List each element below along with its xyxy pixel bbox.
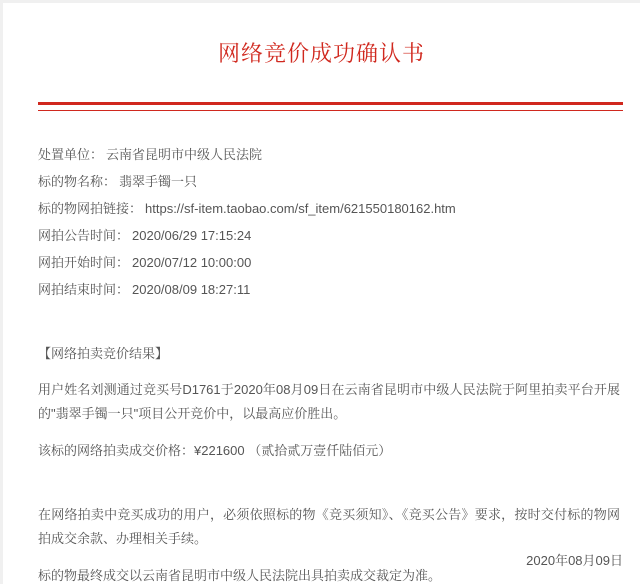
- auction-link-url: https://sf-item.taobao.com/sf_item/62155…: [145, 201, 456, 216]
- confirmation-document: 网络竞价成功确认书 处置单位：云南省昆明市中级人民法院 标的物名称：翡翠手镯一只…: [0, 0, 640, 584]
- document-body: 处置单位：云南省昆明市中级人民法院 标的物名称：翡翠手镯一只 标的物网拍链接：h…: [38, 141, 620, 584]
- field-disposal-unit: 处置单位：云南省昆明市中级人民法院: [38, 141, 620, 168]
- title-divider: [38, 102, 623, 111]
- field-value: 翡翠手镯一只: [119, 174, 197, 189]
- divider-thick-line: [38, 102, 623, 105]
- field-value: 云南省昆明市中级人民法院: [106, 147, 262, 162]
- page-title: 网络竞价成功确认书: [3, 42, 640, 66]
- field-subject-name: 标的物名称：翡翠手镯一只: [38, 168, 620, 195]
- field-value: 2020/08/09 18:27:11: [132, 282, 250, 297]
- field-label: 网拍开始时间：: [38, 255, 129, 270]
- deal-price-line: 该标的网络拍卖成交价格：¥221600 （贰拾贰万壹仟陆佰元）: [38, 439, 620, 463]
- field-label: 处置单位：: [38, 147, 103, 162]
- note-payment-requirement: 在网络拍卖中竞买成功的用户，必须依照标的物《竞买须知》、《竞买公告》要求，按时交…: [38, 503, 620, 551]
- winner-paragraph: 用户姓名刘测通过竞买号D1761于2020年08月09日在云南省昆明市中级人民法…: [38, 378, 620, 426]
- field-label: 标的物网拍链接：: [38, 201, 142, 216]
- info-fields: 处置单位：云南省昆明市中级人民法院 标的物名称：翡翠手镯一只 标的物网拍链接：h…: [38, 141, 620, 303]
- field-auction-link: 标的物网拍链接：https://sf-item.taobao.com/sf_it…: [38, 195, 620, 222]
- field-end-time: 网拍结束时间：2020/08/09 18:27:11: [38, 276, 620, 303]
- field-announce-time: 网拍公告时间：2020/06/29 17:15:24: [38, 222, 620, 249]
- field-value: 2020/06/29 17:15:24: [132, 228, 251, 243]
- field-label: 网拍公告时间：: [38, 228, 129, 243]
- field-start-time: 网拍开始时间：2020/07/12 10:00:00: [38, 249, 620, 276]
- field-label: 标的物名称：: [38, 174, 116, 189]
- field-label: 网拍结束时间：: [38, 282, 129, 297]
- divider-thin-line: [38, 110, 623, 111]
- notes-block: 在网络拍卖中竞买成功的用户，必须依照标的物《竞买须知》、《竞买公告》要求，按时交…: [38, 503, 620, 584]
- field-value: 2020/07/12 10:00:00: [132, 255, 251, 270]
- document-date: 2020年08月09日: [526, 551, 623, 571]
- result-section-heading: 【网络拍卖竞价结果】: [38, 340, 620, 367]
